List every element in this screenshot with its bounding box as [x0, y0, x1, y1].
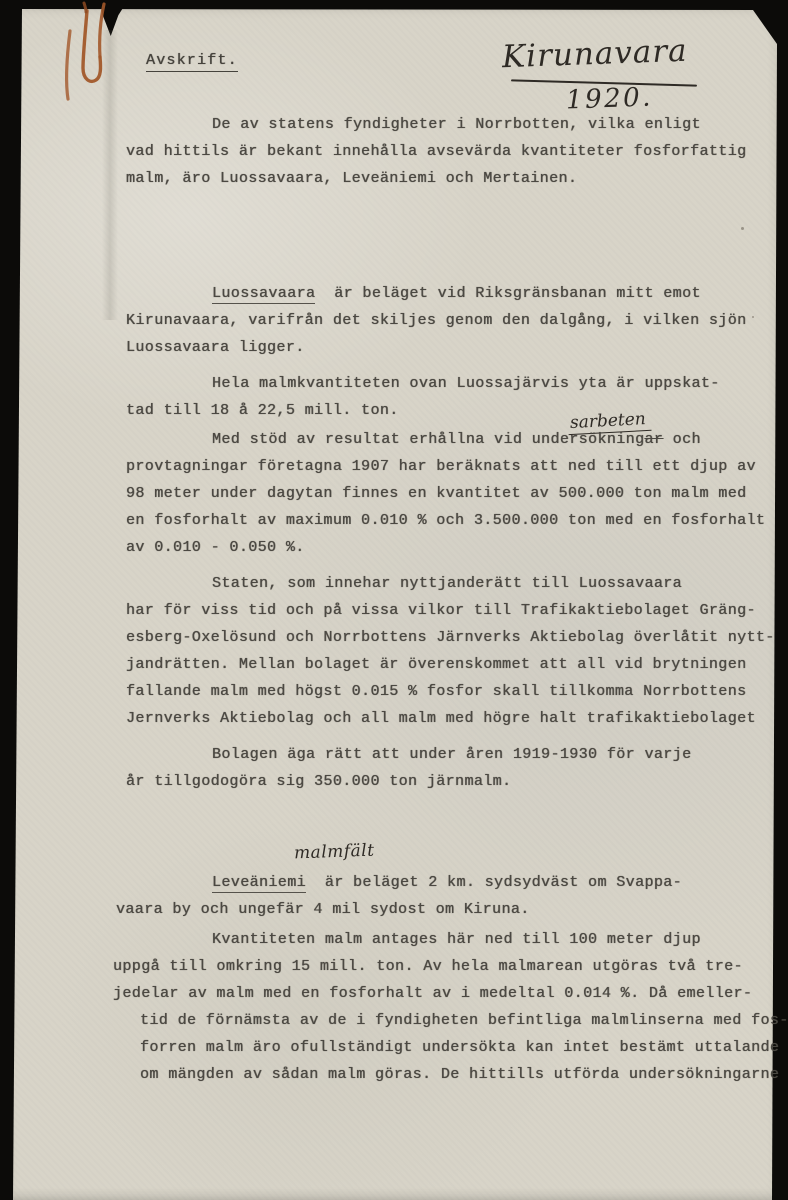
text-line: Bolagen äga rätt att under åren 1919-193… [126, 741, 771, 768]
paragraph-malmkvantitet: Hela malmkvantiteten ovan Luossajärvis y… [126, 370, 771, 424]
paragraph-intro: De av statens fyndigheter i Norrbotten, … [126, 111, 771, 192]
text-line: Leveäniemi är beläget 2 km. sydsydväst o… [126, 869, 771, 896]
paragraph-luossavaara: Luossavaara är beläget vid Riksgränsbana… [126, 280, 771, 361]
text-line: Med stöd av resultat erhållna vid unders… [126, 426, 771, 453]
text-line: tad till 18 å 22,5 mill. ton. [126, 397, 771, 424]
text-line: forren malm äro ofullständigt undersökta… [140, 1034, 771, 1061]
text-line: Kirunavaara, varifrån det skiljes genom … [126, 307, 771, 334]
text-line: jedelar av malm med en fosforhalt av i m… [113, 980, 771, 1007]
text-line: om mängden av sådan malm göras. De hitti… [140, 1061, 771, 1088]
text-line: malm, äro Luossavaara, Leveäniemi och Me… [126, 165, 771, 192]
text-line: Kvantiteten malm antages här ned till 10… [126, 926, 771, 953]
text-line: 98 meter under dagytan finnes en kvantit… [126, 480, 771, 507]
text-line: vad hittils är bekant innehålla avsevärd… [126, 138, 771, 165]
text-line: Luossavaara ligger. [126, 334, 771, 361]
text-line: jandrätten. Mellan bolaget är överenskom… [126, 651, 771, 678]
text-line: De av statens fyndigheter i Norrbotten, … [126, 111, 771, 138]
paragraph-leveaniemi: Leveäniemi är beläget 2 km. sydsydväst o… [126, 869, 771, 923]
text-line: tid de förnämsta av de i fyndigheten bef… [140, 1007, 771, 1034]
text-line: Staten, som innehar nyttjanderätt till L… [126, 570, 771, 597]
text-line: av 0.010 - 0.050 %. [126, 534, 771, 561]
text-line: år tillgodogöra sig 350.000 ton järnmalm… [126, 768, 771, 795]
text-line: esberg-Oxelösund och Norrbottens Järnver… [126, 624, 771, 651]
handwritten-annotation-malmfalt: malmfält [294, 841, 375, 864]
text-line: vaara by och ungefär 4 mil sydost om Kir… [116, 896, 771, 923]
paragraph-staten: Staten, som innehar nyttjanderätt till L… [126, 570, 771, 732]
text-line: fallande malm med högst 0.015 % fosfor s… [126, 678, 771, 705]
paperclip-rust-stain-icon [40, 0, 132, 152]
text-line: provtagningar företagna 1907 har beräkna… [126, 453, 771, 480]
paragraph-undersokningar: Med stöd av resultat erhållna vid unders… [126, 426, 771, 561]
text-line: Jernverks Aktiebolag och all malm med hö… [126, 705, 771, 732]
paper-speck [741, 227, 744, 230]
struck-text: ar [644, 431, 663, 448]
text-line: Hela malmkvantiteten ovan Luossajärvis y… [126, 370, 771, 397]
paragraph-bolagen: Bolagen äga rätt att under åren 1919-193… [126, 741, 771, 795]
underlined-lead-word: Luossavaara [212, 285, 315, 304]
handwritten-title: Kirunavara [501, 33, 688, 75]
text-line: uppgå till omkring 15 mill. ton. Av hela… [113, 953, 771, 980]
document-type-label: Avskrift. [146, 52, 238, 72]
text-line: har för viss tid och på vissa vilkor til… [126, 597, 771, 624]
underlined-lead-word: Leveäniemi [212, 874, 306, 893]
paragraph-kvantiteten: Kvantiteten malm antages här ned till 10… [126, 926, 771, 1088]
text-line: en fosforhalt av maximum 0.010 % och 3.5… [126, 507, 771, 534]
text-line: Luossavaara är beläget vid Riksgränsbana… [126, 280, 771, 307]
